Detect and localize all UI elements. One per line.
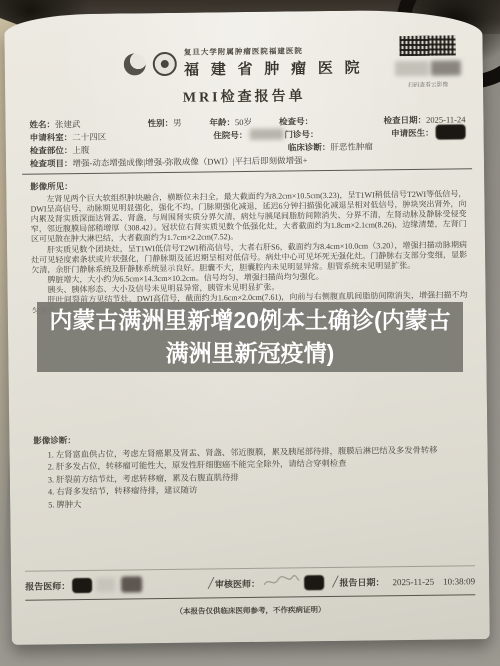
findings-paragraph: 左肾见两个巨大软组织肿块融合，横断位未扫全，最大截面约为8.2cm×10.5cm… (30, 189, 467, 245)
qr-block: 扫码查看云影像 (388, 35, 467, 91)
name-value: 张建武 (55, 118, 81, 130)
exam-item-value: 增强-动态增强成像|增强-弥散成像（DWI）|平扫后即刻做增强+ (72, 154, 307, 169)
age-label: 年龄： (209, 116, 235, 128)
redaction-box (431, 60, 461, 75)
gender-value: 男 (173, 116, 182, 128)
qr-redactions (389, 60, 467, 76)
hospital-name: 福 建 省 肿 瘤 医 院 (184, 57, 364, 80)
redaction-box (121, 576, 142, 592)
body-part-label: 检查部位： (30, 144, 73, 157)
name-label: 姓名： (29, 118, 55, 130)
outpatient-no-label: 门诊号： (284, 128, 318, 140)
hospital-affiliation: 复旦大学附属肿瘤医院福建医院 (184, 45, 364, 58)
news-headline-text: 内蒙古满洲里新增20例本土确诊(内蒙古满洲里新冠疫情) (43, 304, 457, 369)
findings-paragraph: 肝实质见数个团块灶，呈T1WI低信号T2WI稍高信号，大者右肝S6，截面约为8.… (31, 240, 467, 276)
dept-value: 二十四区 (72, 130, 106, 142)
report-datetime: 2025-11-25 10:38:09 (392, 574, 475, 588)
datamatrix-barcode-icon (399, 35, 455, 56)
hospital-seal-logo-icon (153, 51, 177, 75)
redaction-box (249, 129, 283, 140)
qr-caption: 扫码查看云影像 (396, 80, 460, 89)
disclaimer-note: （本报告仅供临床医师参考，不作疾病证明） (25, 602, 475, 618)
req-doctor-label: 申请医生： (391, 126, 434, 139)
age-value: 50岁 (235, 115, 252, 127)
redaction-box (395, 61, 429, 76)
pen-mark: ╱ (208, 578, 214, 589)
doctor-signature-row: 报告医师： ╱ 审核医师： ╱ 报告日期： 2025-11-25 10:38:0… (25, 568, 475, 597)
photographed-report: 扫码查看云影像 复旦大学附属肿瘤医院福建医院 福 建 省 肿 瘤 医 院 MRI… (0, 0, 500, 666)
header-divider-line (22, 168, 472, 174)
clinical-dx-value: 肝恶性肿瘤 (330, 140, 373, 153)
patient-info: 姓名：张建武 性别：男 年龄：50岁 检查号： 检查日期：2025-11-24 … (29, 112, 466, 169)
pen-mark: ╱ (332, 576, 338, 587)
report-date-label: 报告日期： (339, 575, 384, 589)
body-part-value: 上腹 (72, 143, 89, 155)
report-doctor-label: 报告医师： (25, 579, 70, 593)
diagnosis-section: 影像诊断： 1. 左肾富血供占位，考虑左肾癌累及肾盂、肾盏、邻近腹膜，累及胰尾部… (33, 429, 468, 511)
exam-item-label: 检查项目： (30, 157, 73, 170)
exam-date-value: 2025-11-24 (426, 114, 465, 124)
hospital-crescent-logo-icon (124, 53, 146, 75)
redaction-box (96, 578, 115, 592)
clinical-dx-label: 临床诊断： (288, 140, 331, 153)
news-headline-overlay: 内蒙古满洲里新增20例本土确诊(内蒙古满洲里新冠疫情) (37, 302, 463, 372)
signature-scribble (262, 574, 300, 590)
redaction-box (436, 124, 466, 139)
inpatient-no-label: 住院号： (213, 128, 247, 140)
report-footer: 报告医师： ╱ 审核医师： ╱ 报告日期： 2025-11-25 10:38:0… (25, 565, 476, 618)
dept-label: 申请科室： (30, 131, 73, 144)
review-doctor-label: 审核医师： (215, 576, 260, 590)
exam-no-label: 检查号： (279, 115, 313, 127)
redaction-box (72, 577, 93, 592)
redaction-box (304, 575, 325, 590)
gender-label: 性别： (147, 116, 173, 128)
